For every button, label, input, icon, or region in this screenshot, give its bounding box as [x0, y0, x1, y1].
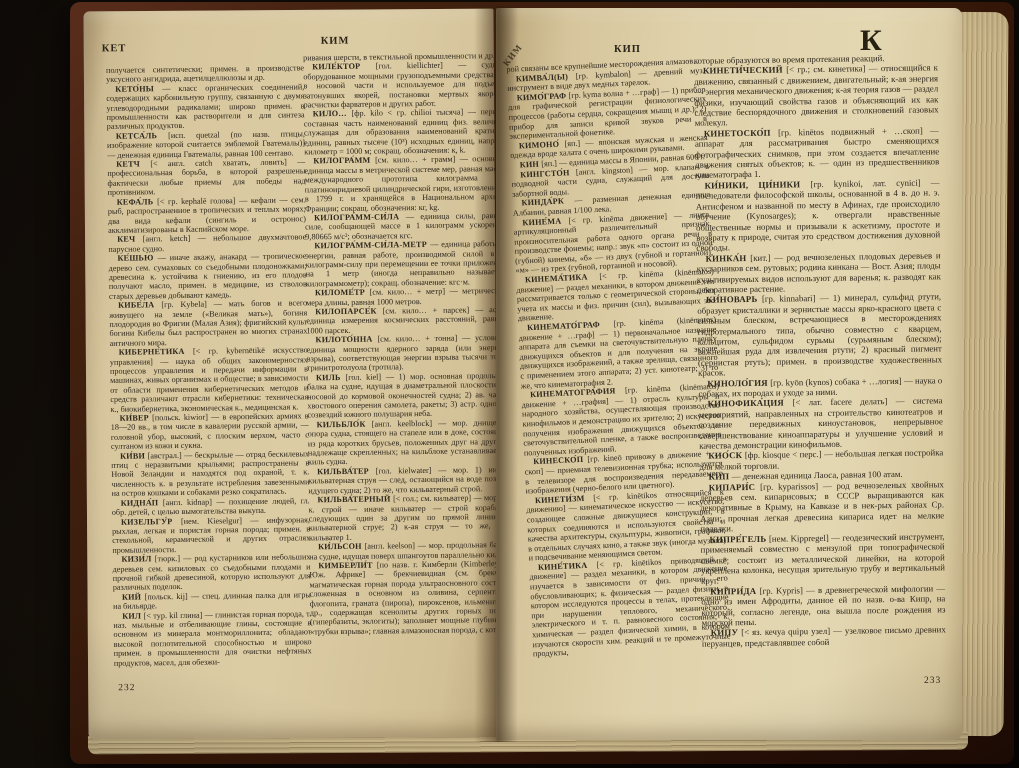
dictionary-entry: КИ́ПУ [< яз. кечуа quipu узел] — узелков…: [702, 625, 946, 649]
dictionary-entry: КИНЕТИ́ЧЕСКИЙ [< гр.; см. кинетика] — от…: [694, 63, 939, 129]
entry-headword: КЕТО́НЫ: [115, 84, 162, 94]
dictionary-entry: КИБЕРНЕ́ТИКА [< гр. kybernētikē искусств…: [110, 345, 309, 413]
entry-headword: КИЛЬВА́ТЕР: [317, 466, 376, 476]
entry-headword: КИЛ: [122, 611, 144, 620]
entry-headword: КИНЕСКО́П: [533, 455, 588, 466]
entry-headword: КИ́ЛЬСОН: [318, 542, 365, 552]
entry-headword: КИПРЕ́ГЕЛЬ: [709, 533, 769, 544]
dictionary-entry: КИНОФИКА́ЦИЯ [< лат. facere делать] — си…: [699, 396, 944, 451]
entry-headword: КИБЕ́ЛА: [118, 300, 161, 310]
running-head-center: КИП: [614, 44, 641, 55]
entry-headword: КИЛОГРА́ММ: [313, 156, 375, 166]
right-page: КИМ КИП К рой связаны все крупнейшие мес…: [496, 8, 962, 740]
entry-headword: КИЙ: [122, 592, 145, 601]
dictionary-entry: КЕТЧ [< англ. catch хватать, ловить] — п…: [107, 157, 305, 197]
entry-headword: КИБЕРНЕ́ТИКА: [119, 347, 193, 357]
dictionary-entry: КИЗЕЛЬГУ́Р [нем. Kieselgur] — инфузорная…: [112, 515, 310, 555]
entry-headword: КИЛОПАРСЕ́К: [315, 306, 383, 316]
dictionary-entry: КИДНА́П [англ. kidnap] — похищение людей…: [112, 496, 310, 517]
entry-headword: КИНКА́Н: [705, 253, 750, 264]
entry-headword: КИЛЬБЛО́К: [317, 419, 372, 429]
dictionary-entry: КЕФА́ЛЬ [< гр. kephalē голова] — кефали …: [108, 195, 306, 235]
left-page: КЕТ КИМ получается синтетически; примен.…: [83, 9, 498, 740]
entry-headword: КИЗИ́Л: [121, 554, 154, 563]
dictionary-entry: КИПРЕ́ГЕЛЬ [нем. Kippregel] — геодезичес…: [700, 531, 945, 586]
dictionary-entry: КИ́НИКИ, ЦИ́НИКИ [гр. kynikoi, лат. cyni…: [695, 177, 940, 253]
entry-headword: КИЛОГРА́ММ-СИ́ЛА-МЕТР: [314, 240, 430, 250]
entry-headword: КИ́ВИ: [120, 451, 148, 460]
dictionary-entry: КИНЕ́МА [< гр. kinēma движение] — лингв.…: [513, 209, 713, 275]
entry-headword: КИНЕТОСКО́П: [704, 127, 778, 138]
entry-headword: КИО́СК: [708, 450, 745, 461]
text-column-4: которые образуются во время протекания р…: [694, 52, 947, 671]
entry-headword: КИНЕ́МА: [522, 216, 569, 227]
dictionary-entry: КИНЕТОСКО́П [гр. kinētos подвижный + …ск…: [695, 125, 940, 180]
entry-headword: КЕФА́ЛЬ: [117, 197, 157, 207]
dictionary-entry: КИЙ [польск. kij] — спец. длинная палка …: [113, 590, 311, 611]
entry-headword: КИНОФИКА́ЦИЯ: [708, 398, 793, 409]
entry-headword: КИ́НОВАРЬ: [706, 294, 762, 305]
entry-headword: КИМО́ГРАФ: [517, 91, 569, 102]
running-head-center: КИМ: [321, 36, 350, 47]
entry-headword: КИЗЕЛЬГУ́Р: [121, 516, 181, 526]
entry-headword: КИЛОМЕ́ТР: [315, 288, 370, 298]
dictionary-entry: КИНЕМАТО́ГРАФ [гр. kinēma (kinēmatos) дв…: [518, 315, 719, 391]
dictionary-entry: КИБЕ́ЛА [гр. Kybela] — мать богов и всег…: [109, 298, 308, 348]
entry-headword: КИП: [709, 471, 732, 481]
dictionary-entry: получается синтетически; примен. в произ…: [106, 63, 304, 84]
running-head-left: КЕТ: [102, 43, 127, 54]
entry-headword: КИЛЕ́КТОР: [312, 62, 376, 72]
dictionary-entry: КИПАРИ́С [гр. kyparissos] — род вечнозел…: [700, 479, 945, 534]
entry-headword: КЕЧ: [117, 235, 143, 244]
entry-headword: КИНЕТИ́ЗМ: [535, 493, 594, 505]
entry-headword: КИНЕ́ТИКА: [538, 560, 597, 572]
text-column-1: получается синтетически; примен. в произ…: [106, 63, 312, 682]
entry-headword: КИМОНО́: [519, 139, 565, 150]
page-number-left: 232: [118, 683, 135, 693]
dictionary-entry: КИ́ВЕР [польск. kiwior] — в европейских …: [111, 411, 309, 451]
entry-headword: КИН: [520, 159, 542, 169]
entry-headword: КИ́НИКИ, ЦИ́НИКИ: [704, 179, 810, 190]
entry-headword: КЕ́ШЬЮ: [117, 253, 157, 263]
dictionary-entry: КИПРИ́ДА [гр. Kypris] — в древнегреческо…: [701, 583, 946, 628]
book-photo: КЕТ КИМ получается синтетически; примен.…: [0, 0, 1019, 768]
entry-headword: КИНОЛО́ГИЯ: [707, 377, 770, 388]
dictionary-entry: КИНЕМАТОГРА́ФИЯ [гр. kinēma (kinēmatos) …: [521, 382, 722, 458]
entry-headword: КИМВА́Л(Ы): [516, 71, 576, 83]
entry-headword: КИ́ВЕР: [120, 413, 153, 422]
entry-headword: КЕТСА́ЛЬ: [116, 131, 168, 141]
entry-headword: КЕТЧ: [116, 159, 150, 168]
entry-headword: КИМБЕРЛИ́Т: [318, 561, 377, 571]
dictionary-entry: КИ́ВИ [австрал.] — бескрылые — отряд бес…: [111, 449, 310, 499]
page-number-right: 233: [924, 676, 941, 686]
dictionary-entry: КИЛ [< тур. kil глина] — глинистая горна…: [113, 609, 312, 668]
entry-headword: КИЛОТО́ННА: [315, 335, 377, 345]
entry-headword: КИНГСТО́Н: [520, 167, 576, 179]
dictionary-entry: КИНКА́Н [кит.] — род вечнозеленых плодов…: [696, 250, 941, 295]
entry-headword: КИНЕМА́ТИКА: [525, 272, 600, 284]
gutter-shadow: [474, 6, 518, 742]
entry-headword: КИЛЬВА́ТЕРНЫЙ: [317, 494, 393, 504]
entry-headword: КИЛОГРА́ММ-СИ́ЛА: [314, 212, 406, 222]
entry-headword: КИЛЬ: [316, 373, 346, 382]
dictionary-entry: КЕТО́НЫ — класс органических соединений,…: [106, 82, 305, 132]
dictionary-entry: КИ́НОВАРЬ [гр. kinnabari] — 1) минерал, …: [697, 292, 942, 379]
dictionary-entry: КЕ́ШЬЮ — иначе акажу, анакард — тропичес…: [108, 251, 307, 301]
entry-headword: КИНДА́РК: [521, 196, 574, 207]
entry-headword: КИДНА́П: [121, 498, 163, 508]
entry-headword: КИЛО…: [313, 109, 352, 118]
entry-headword: КИ́ПУ: [711, 627, 742, 637]
dictionary-entry: КИНЕТИ́ЗМ [< гр. kinētikos относящийся к…: [526, 487, 727, 563]
dictionary-entry: КЕТСА́ЛЬ [исп. quetzal (по назв. птицы, …: [107, 129, 305, 160]
entry-headword: КИПРИ́ДА: [710, 586, 760, 597]
entry-headword: КИПАРИ́С: [709, 482, 761, 493]
dictionary-entry: КИЗИ́Л [тюрк.] — род кустарников или неб…: [112, 552, 310, 592]
entry-headword: КИНЕТИ́ЧЕСКИЙ: [703, 65, 786, 76]
